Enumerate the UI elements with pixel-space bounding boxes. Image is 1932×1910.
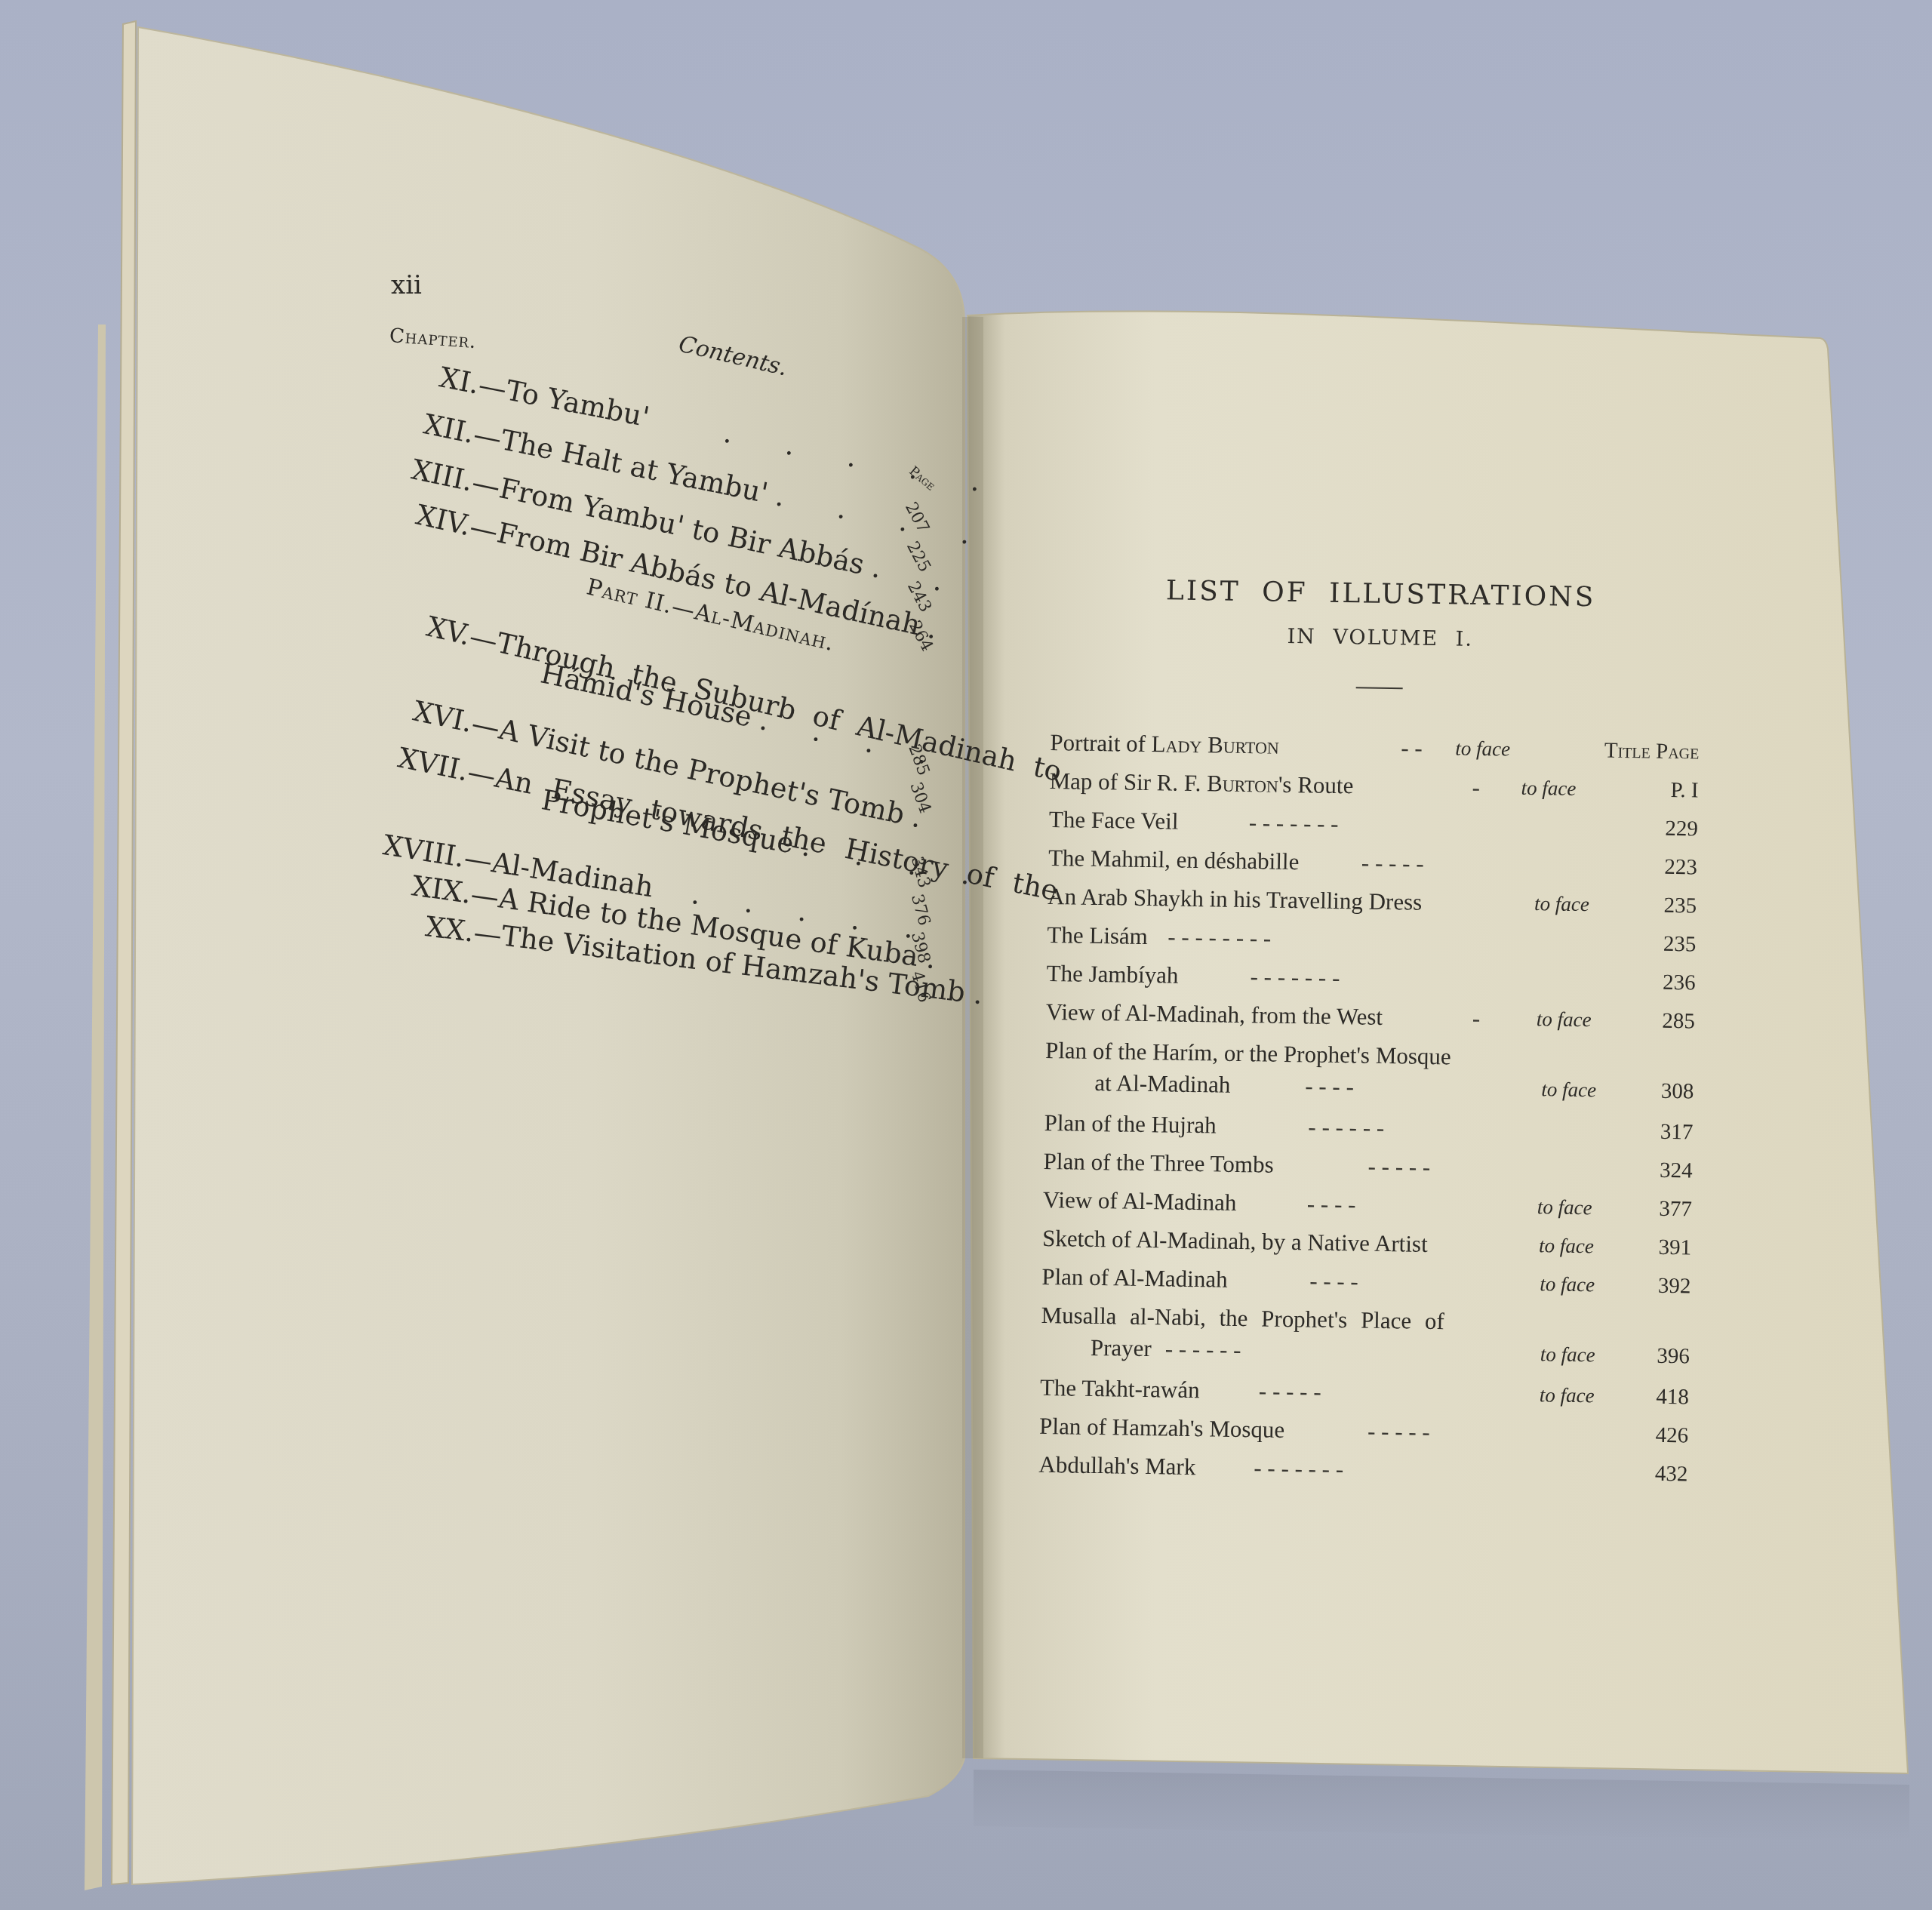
illustration-page: 418 [1656, 1378, 1689, 1417]
page-shadow [974, 1770, 1909, 1841]
illustration-title: Plan of Al-Madinah [1041, 1257, 1228, 1299]
illustration-page: 426 [1655, 1416, 1688, 1456]
left-page-edge-layer [112, 21, 136, 1884]
toc-numeral: XX. [423, 910, 475, 949]
right-page-content: LIST OF ILLUSTRATIONS IN VOLUME I. Portr… [1038, 574, 1702, 1506]
illustration-page: 391 [1658, 1229, 1691, 1268]
list-subtitle: IN VOLUME I. [1060, 621, 1701, 654]
illustration-title-continuation: at Al-Madinah [1094, 1063, 1231, 1104]
illustration-page: 235 [1663, 925, 1696, 964]
leader-dots: - - - - [1309, 1261, 1358, 1300]
page-folio: xii [391, 270, 422, 300]
to-face-label: to face [1536, 1000, 1592, 1039]
illustration-title: Portrait of Lady Burton [1050, 723, 1279, 765]
leader-dots: - - - - - [1361, 843, 1424, 882]
illustration-title-continuation: Prayer [1090, 1328, 1152, 1367]
leader-dots: - - - - [1305, 1066, 1354, 1106]
list-item: Musalla al-Nabi, the Prophet's Place of … [1040, 1296, 1690, 1378]
leader-dots: - - - - - - - [1248, 803, 1339, 843]
illustration-title: The Lisám [1047, 915, 1148, 955]
illustration-title: Plan of the Hujrah [1044, 1103, 1217, 1145]
illustration-page: Title Page [1604, 732, 1699, 772]
illustration-page: 317 [1660, 1113, 1694, 1152]
illustration-page: 432 [1654, 1455, 1687, 1494]
illustration-title: Map of Sir R. F. Burton's Route [1049, 761, 1353, 804]
illustration-page: 308 [1660, 1072, 1694, 1112]
illustration-page: 236 [1663, 964, 1696, 1003]
to-face-label: to face [1455, 729, 1511, 768]
list-item: Plan of the Harím, or the Prophet's Mosq… [1044, 1031, 1694, 1113]
to-face-label: to face [1534, 884, 1590, 924]
leader-dots: - - - - - - [1308, 1107, 1384, 1147]
leader-dots: - - - - - [1367, 1147, 1430, 1186]
illustration-page: 377 [1659, 1190, 1692, 1229]
illustration-title: The Face Veil [1048, 800, 1178, 841]
illustration-title: View of Al-Madinah, from the West [1045, 992, 1383, 1036]
to-face-label: to face [1539, 1226, 1595, 1266]
title-rule [1356, 687, 1403, 689]
leader-dots: - - - - - [1259, 1371, 1321, 1410]
leader-dots: - - - - [1307, 1184, 1356, 1223]
to-face-label: to face [1540, 1335, 1595, 1374]
illustration-title: Plan of Hamzah's Mosque [1039, 1407, 1285, 1449]
to-face-label: to face [1540, 1376, 1595, 1415]
illustration-page: 285 [1662, 1002, 1695, 1041]
illustration-page: 223 [1664, 848, 1697, 887]
leader-dots: - [1472, 999, 1480, 1038]
illustration-page: 229 [1665, 810, 1698, 849]
to-face-label: to face [1521, 769, 1577, 808]
illustration-title: Plan of the Three Tombs [1043, 1142, 1274, 1184]
illustration-page: 324 [1660, 1152, 1693, 1191]
illustrations-list: Portrait of Lady Burton - - to face Titl… [1038, 723, 1700, 1493]
illustration-page: 392 [1657, 1267, 1690, 1306]
cover-edge [85, 324, 106, 1890]
illustration-title: An Arab Shaykh in his Travelling Dress [1048, 877, 1423, 921]
illustration-title: Abdullah's Mark [1038, 1445, 1196, 1486]
photo-scene: xii Chapter. Contents. Page XI.—To Yambu… [0, 0, 1932, 1910]
leader-dots: - - - - - [1367, 1412, 1430, 1451]
leader-dots: - - - - - - [1164, 1329, 1241, 1369]
to-face-label: to face [1541, 1070, 1597, 1109]
illustration-page: 396 [1657, 1337, 1690, 1376]
illustration-title: The Jambíyah [1046, 954, 1179, 995]
illustration-title: The Mahmil, en déshabille [1048, 838, 1300, 881]
illustration-title: View of Al-Madinah [1043, 1180, 1237, 1222]
leader-dots: - - [1401, 728, 1423, 767]
leader-dots: - - - - - - - [1254, 1448, 1344, 1488]
illustration-page: P. I [1670, 771, 1699, 810]
to-face-label: to face [1540, 1265, 1595, 1304]
leader-dots: - - - - - - - - [1168, 917, 1272, 957]
to-face-label: to face [1537, 1188, 1592, 1227]
illustration-title: The Takht-rawán [1040, 1368, 1200, 1409]
illustration-title: Sketch of Al-Madinah, by a Native Artist [1042, 1219, 1428, 1263]
illustration-page: 235 [1663, 887, 1697, 926]
leader-dots: - [1472, 768, 1480, 807]
leader-dots: - - - - - - - [1250, 957, 1340, 997]
